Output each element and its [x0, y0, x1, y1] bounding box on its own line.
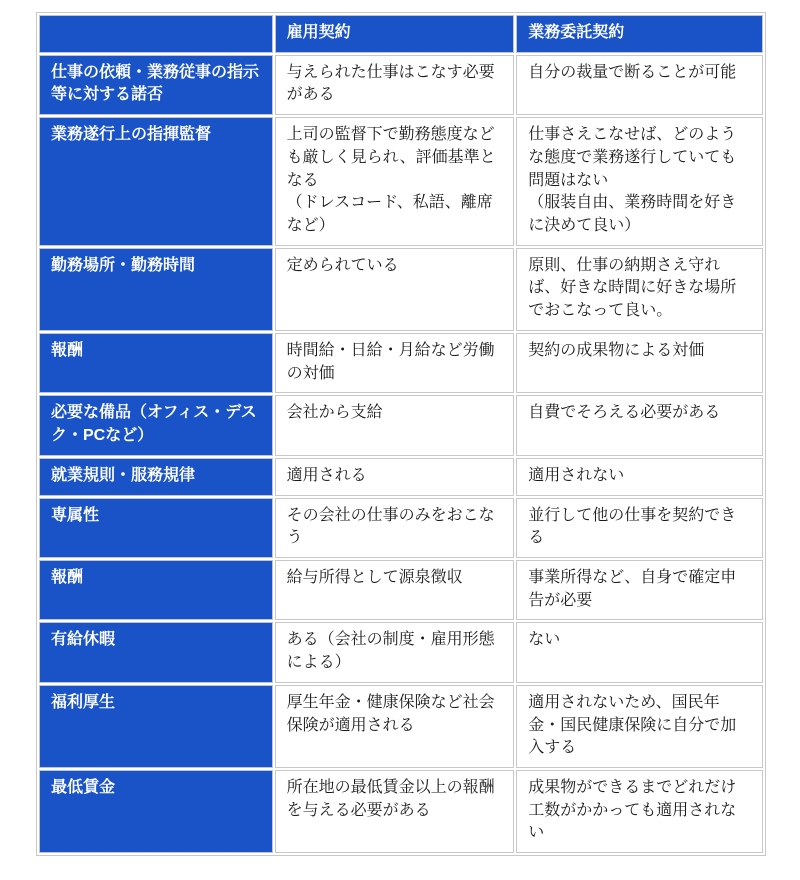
employment-cell: 与えられた仕事はこなす必要がある — [275, 55, 515, 115]
employment-cell: 厚生年金・健康保険など社会保険が適用される — [275, 685, 515, 768]
table-body: 仕事の依頼・業務従事の指示等に対する諾否 与えられた仕事はこなす必要がある 自分… — [39, 55, 763, 853]
table-row: 必要な備品（オフィス・デスク・PCなど） 会社から支給 自費でそろえる必要がある — [39, 395, 763, 455]
outsourcing-cell: 原則、仕事の納期さえ守れば、好きな時間に好きな場所でおこなって良い。 — [516, 248, 763, 331]
table-row: 報酬 時間給・日給・月給など労働の対価 契約の成果物による対価 — [39, 333, 763, 393]
table-row: 就業規則・服務規律 適用される 適用されない — [39, 458, 763, 496]
header-employment-cell: 雇用契約 — [275, 15, 515, 53]
page: 雇用契約 業務委託契約 仕事の依頼・業務従事の指示等に対する諾否 与えられた仕事… — [0, 0, 800, 880]
table-row: 報酬 給与所得として源泉徴収 事業所得など、自身で確定申告が必要 — [39, 560, 763, 620]
row-label-cell: 報酬 — [39, 333, 273, 393]
employment-cell: 所在地の最低賃金以上の報酬を与える必要がある — [275, 770, 515, 853]
outsourcing-cell: 事業所得など、自身で確定申告が必要 — [516, 560, 763, 620]
outsourcing-cell: 適用されないため、国民年金・国民健康保険に自分で加入する — [516, 685, 763, 768]
employment-cell: その会社の仕事のみをおこなう — [275, 498, 515, 558]
row-label-cell: 福利厚生 — [39, 685, 273, 768]
outsourcing-cell: ない — [516, 622, 763, 682]
row-label-cell: 最低賃金 — [39, 770, 273, 853]
table-row: 専属性 その会社の仕事のみをおこなう 並行して他の仕事を契約できる — [39, 498, 763, 558]
table-row: 勤務場所・勤務時間 定められている 原則、仕事の納期さえ守れば、好きな時間に好き… — [39, 248, 763, 331]
table-header: 雇用契約 業務委託契約 — [39, 15, 763, 53]
table-row: 福利厚生 厚生年金・健康保険など社会保険が適用される 適用されないため、国民年金… — [39, 685, 763, 768]
outsourcing-cell: 自費でそろえる必要がある — [516, 395, 763, 455]
outsourcing-cell: 成果物ができるまでどれだけ工数がかかっても適用されない — [516, 770, 763, 853]
outsourcing-cell: 自分の裁量で断ることが可能 — [516, 55, 763, 115]
header-row: 雇用契約 業務委託契約 — [39, 15, 763, 53]
table-row: 業務遂行上の指揮監督 上司の監督下で勤務態度なども厳しく見られ、評価基準となる … — [39, 117, 763, 246]
outsourcing-cell: 適用されない — [516, 458, 763, 496]
employment-cell: ある（会社の制度・雇用形態による） — [275, 622, 515, 682]
row-label-cell: 仕事の依頼・業務従事の指示等に対する諾否 — [39, 55, 273, 115]
header-corner-cell — [39, 15, 273, 53]
row-label-cell: 専属性 — [39, 498, 273, 558]
employment-cell: 時間給・日給・月給など労働の対価 — [275, 333, 515, 393]
row-label-cell: 必要な備品（オフィス・デスク・PCなど） — [39, 395, 273, 455]
row-label-cell: 報酬 — [39, 560, 273, 620]
employment-cell: 給与所得として源泉徴収 — [275, 560, 515, 620]
comparison-table: 雇用契約 業務委託契約 仕事の依頼・業務従事の指示等に対する諾否 与えられた仕事… — [36, 12, 766, 856]
employment-cell: 定められている — [275, 248, 515, 331]
employment-cell: 会社から支給 — [275, 395, 515, 455]
row-label-cell: 就業規則・服務規律 — [39, 458, 273, 496]
employment-cell: 適用される — [275, 458, 515, 496]
table-row: 最低賃金 所在地の最低賃金以上の報酬を与える必要がある 成果物ができるまでどれだ… — [39, 770, 763, 853]
row-label-cell: 勤務場所・勤務時間 — [39, 248, 273, 331]
header-outsourcing-cell: 業務委託契約 — [516, 15, 763, 53]
row-label-cell: 業務遂行上の指揮監督 — [39, 117, 273, 246]
table-row: 仕事の依頼・業務従事の指示等に対する諾否 与えられた仕事はこなす必要がある 自分… — [39, 55, 763, 115]
outsourcing-cell: 契約の成果物による対価 — [516, 333, 763, 393]
outsourcing-cell: 仕事さえこなせば、どのような態度で業務遂行していても問題はない （服装自由、業務… — [516, 117, 763, 246]
row-label-cell: 有給休暇 — [39, 622, 273, 682]
employment-cell: 上司の監督下で勤務態度なども厳しく見られ、評価基準となる （ドレスコード、私語、… — [275, 117, 515, 246]
table-row: 有給休暇 ある（会社の制度・雇用形態による） ない — [39, 622, 763, 682]
outsourcing-cell: 並行して他の仕事を契約できる — [516, 498, 763, 558]
